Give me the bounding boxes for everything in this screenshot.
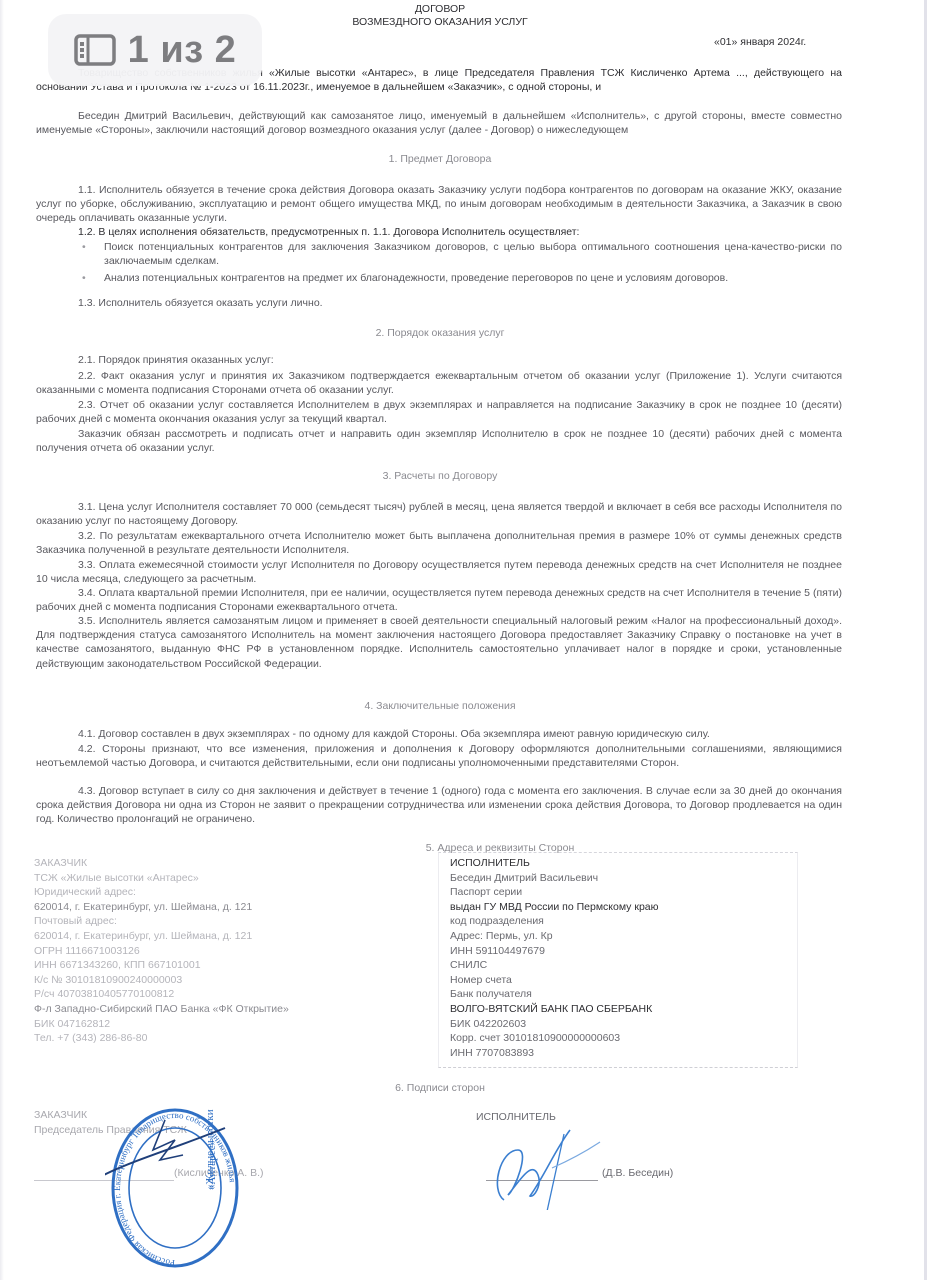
contractor-requisite-line: Паспорт серии (450, 885, 659, 900)
contractor-requisite-line: БИК 042202603 (450, 1017, 659, 1032)
customer-requisite-line: ЗАКАЗЧИК (34, 856, 289, 871)
contractor-requisite-line: ИНН 591104497679 (450, 944, 659, 959)
clause-4-2: 4.2. Стороны признают, что все изменения… (36, 742, 842, 770)
sidebar-pages-icon[interactable] (74, 34, 116, 66)
bullet-2: Анализ потенциальных контрагентов на пре… (104, 271, 842, 285)
clause-2-2: 2.2. Факт оказания услуг и принятия их З… (36, 369, 842, 397)
clause-3-1: 3.1. Цена услуг Исполнителя составляет 7… (36, 500, 842, 528)
customer-requisite-line: БИК 047162812 (34, 1017, 289, 1032)
customer-requisite-line: ОГРН 1116671003126 (34, 944, 289, 959)
organization-stamp-icon: Российская Федерация г. Екатеринбург Тов… (105, 1100, 245, 1270)
page-counter-badge[interactable]: 1 из 2 (48, 14, 262, 86)
customer-requisite-line: Тел. +7 (343) 286-86-80 (34, 1031, 289, 1046)
customer-requisites: ЗАКАЗЧИКТСЖ «Жилые высотки «Антарес»Юрид… (34, 856, 289, 1046)
contractor-requisite-line: Корр. счет 30101810900000000603 (450, 1031, 659, 1046)
page-counter-label: 1 из 2 (128, 29, 237, 72)
section-1-heading: 1. Предмет Договора (0, 153, 880, 165)
customer-requisite-line: К/с № 30101810900240000003 (34, 973, 289, 988)
intro-contractor: Беседин Дмитрий Васильевич, действующий … (36, 109, 842, 137)
customer-requisite-line: 620014, г. Екатеринбург, ул. Шеймана, д.… (34, 900, 289, 915)
clause-4-3: 4.3. Договор вступает в силу со дня закл… (36, 784, 842, 827)
customer-requisite-line: Ф-л Западно-Сибирский ПАО Банка «ФК Откр… (34, 1002, 289, 1017)
contractor-requisite-line: код подразделения (450, 914, 659, 929)
contractor-requisite-line: ВОЛГО-ВЯТСКИЙ БАНК ПАО СБЕРБАНК (450, 1002, 659, 1017)
document-page: ДОГОВОР ВОЗМЕЗДНОГО ОКАЗАНИЯ УСЛУГ «01» … (0, 0, 927, 1280)
contractor-signature-icon (460, 1120, 620, 1210)
contractor-requisite-line: выдан ГУ МВД России по Пермскому краю (450, 900, 659, 915)
clause-3-4: 3.4. Оплата квартальной премии Исполните… (36, 586, 842, 614)
section-3-heading: 3. Расчеты по Договору (0, 470, 880, 482)
clause-2-3: 2.3. Отчет об оказании услуг составляетс… (36, 398, 842, 426)
clause-4-1: 4.1. Договор составлен в двух экземпляра… (36, 727, 842, 741)
svg-text:«Антарес»: «Антарес» (206, 1140, 218, 1190)
clause-1-1: 1.1. Исполнитель обязуется в течение сро… (36, 183, 842, 226)
section-6-heading: 6. Подписи сторон (0, 1082, 880, 1094)
document-date: «01» января 2024г. (714, 35, 806, 49)
clause-3-2: 3.2. По результатам ежеквартального отче… (36, 529, 842, 557)
clause-1-2: 1.2. В целях исполнения обязательств, пр… (78, 225, 842, 239)
contractor-requisite-line: Беседин Дмитрий Васильевич (450, 871, 659, 886)
contractor-requisite-line: Банк получателя (450, 987, 659, 1002)
customer-requisite-line: 620014, г. Екатеринбург, ул. Шеймана, д.… (34, 929, 289, 944)
contractor-requisite-line: ИСПОЛНИТЕЛЬ (450, 856, 659, 871)
clause-1-3: 1.3. Исполнитель обязуется оказать услуг… (78, 296, 842, 310)
contractor-requisites: ИСПОЛНИТЕЛЬБеседин Дмитрий ВасильевичПас… (450, 856, 659, 1060)
clause-2-4: Заказчик обязан рассмотреть и подписать … (36, 427, 842, 455)
section-2-heading: 2. Порядок оказания услуг (0, 327, 880, 339)
clause-3-3: 3.3. Оплата ежемесячной стоимости услуг … (36, 558, 842, 586)
customer-requisite-line: Юридический адрес: (34, 885, 289, 900)
clause-3-5: 3.5. Исполнитель является самозанятым ли… (36, 614, 842, 671)
contractor-requisite-line: Номер счета (450, 973, 659, 988)
contractor-requisite-line: Адрес: Пермь, ул. Кр (450, 929, 659, 944)
section-4-heading: 4. Заключительные положения (0, 700, 880, 712)
customer-requisite-line: ИНН 6671343260, КПП 667101001 (34, 958, 289, 973)
bullet-1: Поиск потенциальных контрагентов для зак… (104, 240, 842, 268)
contractor-requisite-line: ИНН 7707083893 (450, 1046, 659, 1061)
customer-sign-label: ЗАКАЗЧИК (34, 1108, 87, 1122)
customer-requisite-line: Почтовый адрес: (34, 914, 289, 929)
customer-requisite-line: ТСЖ «Жилые высотки «Антарес» (34, 871, 289, 886)
clause-2-1: 2.1. Порядок принятия оказанных услуг: (78, 353, 842, 367)
customer-requisite-line: Р/сч 40703810405770100812 (34, 987, 289, 1002)
contractor-requisite-line: СНИЛС (450, 958, 659, 973)
